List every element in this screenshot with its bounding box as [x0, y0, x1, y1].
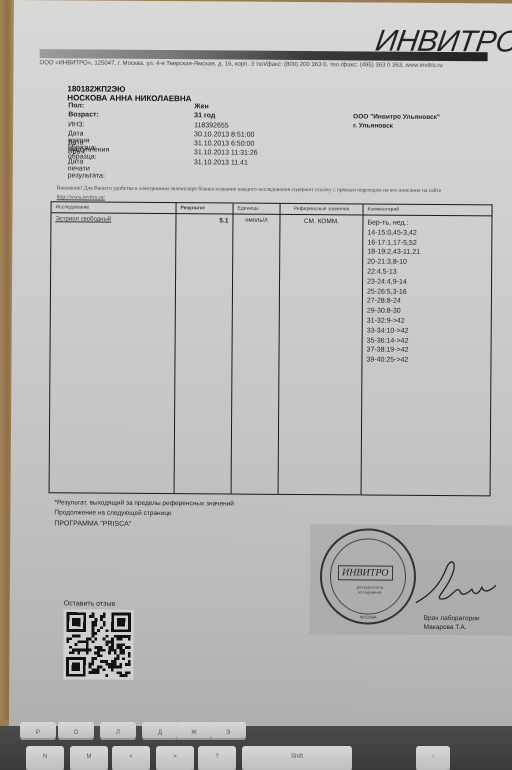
info-label: Дата печати результата:	[68, 158, 105, 179]
keyboard-key[interactable]: ↑	[416, 746, 450, 770]
col-header-comment: Комментарий	[363, 204, 492, 216]
lab-result-sheet: ИНВИТРО® ООО «ИНВИТРО», 125047, г. Москв…	[9, 0, 512, 737]
info-label: Возраст:	[68, 112, 99, 119]
col-header-units: Единицы	[233, 203, 280, 214]
keyboard-key[interactable]: Л	[100, 722, 136, 740]
info-value: 31.10.2013 6:50:00	[194, 140, 254, 147]
stamp-logo: ИНВИТРО	[338, 565, 393, 580]
company-stamp: ИНВИТРО Для результатов исследований МОС…	[320, 528, 417, 625]
keyboard-key[interactable]: <	[112, 746, 150, 770]
cell-reference: СМ. КОММ.	[278, 214, 363, 495]
info-label: ИНЗ:	[68, 121, 84, 128]
info-value: Жен	[194, 103, 209, 110]
stamp-city: МОСКВА	[360, 614, 377, 619]
keyboard-key[interactable]: Э	[210, 722, 246, 740]
keyboard-key[interactable]: Д	[142, 722, 178, 740]
patient-name: НОСКОВА АННА НИКОЛАЕВНА	[67, 93, 191, 103]
info-value: 30.10.2013 8:51:00	[194, 131, 254, 138]
table-row: Эстриол свободный 5.1 нмоль/л СМ. КОММ. …	[49, 213, 492, 496]
order-id: 180182ЖП2ЭЮ	[67, 84, 125, 93]
info-value: 31.10.2013 11:31:26	[194, 150, 258, 157]
info-value: 31 год	[194, 113, 215, 120]
keyboard-key[interactable]: ?	[198, 746, 236, 770]
keyboard-key[interactable]: >	[156, 746, 194, 770]
organization-city: г. Ульяновск	[353, 121, 440, 131]
program-name: ПРОГРАММА "PRISCA"	[54, 520, 131, 528]
invitro-site-link[interactable]: http://www.invitro.ru/	[57, 194, 105, 200]
comment-line: 31-32:9->42	[367, 316, 487, 327]
comment-line: 33-34:10->42	[367, 326, 487, 337]
cell-comment: Бер-ть, нед.:14-15:0,45-3,4216-17:1,17-5…	[361, 215, 492, 496]
stamp-subtitle: Для результатов исследований	[352, 585, 388, 594]
signature-icon	[412, 555, 502, 611]
comment-line: 23-24:4,9-14	[367, 277, 487, 288]
doctor-name: Макарова Т.А.	[424, 623, 480, 632]
doctor-role: Врач лаборатории	[424, 615, 480, 624]
qr-code-icon[interactable]	[63, 609, 133, 679]
info-label: Врач:	[68, 149, 86, 156]
feedback-label: Оставить отзыв	[64, 600, 115, 607]
cell-units: нмоль/л	[231, 214, 280, 494]
keyboard-key[interactable]: Ж	[176, 722, 212, 740]
info-value: 118392655	[194, 122, 229, 129]
continued-note: Продолжение на следующей странице	[54, 509, 171, 517]
keyboard-key[interactable]: О	[58, 722, 94, 740]
comment-line: 39-40:25->42	[366, 356, 486, 367]
col-header-result: Результат	[176, 203, 233, 214]
test-link-estriol[interactable]: Эстриол свободный	[55, 216, 111, 222]
results-table: Исследование Результат Единицы Референсн…	[49, 201, 493, 496]
footnote: *Результат, выходящий за пределы референ…	[54, 499, 233, 507]
cell-result: 5.1	[174, 214, 233, 494]
col-header-reference: Референсные значения	[280, 203, 363, 215]
keyboard-key[interactable]: Shift	[242, 746, 352, 770]
col-header-test: Исследование	[51, 202, 176, 214]
cell-test: Эстриол свободный	[49, 213, 176, 494]
company-address: ООО «ИНВИТРО», 125047, г. Москва, ул. 4-…	[40, 60, 443, 69]
doctor-signature-block: Врач лаборатории Макарова Т.А.	[424, 615, 480, 632]
info-label: Пол:	[68, 102, 84, 109]
keyboard: РОЛДЖЭNM<>?Shift↑	[0, 726, 512, 770]
keyboard-key[interactable]: N	[26, 746, 64, 770]
comment-line: Бер-ть, нед.:	[367, 218, 487, 229]
comment-line: 14-15:0,45-3,42	[367, 228, 487, 239]
info-value: 31.10.2013 11.41	[194, 159, 248, 166]
organization-block: ООО "Инвитро Ульяновск" г. Ульяновск	[353, 112, 440, 131]
keyboard-key[interactable]: Р	[20, 722, 56, 740]
comment-line: 22:4,5-13	[367, 267, 487, 278]
keyboard-key[interactable]: M	[70, 746, 108, 770]
header-gradient-bar	[40, 49, 488, 61]
